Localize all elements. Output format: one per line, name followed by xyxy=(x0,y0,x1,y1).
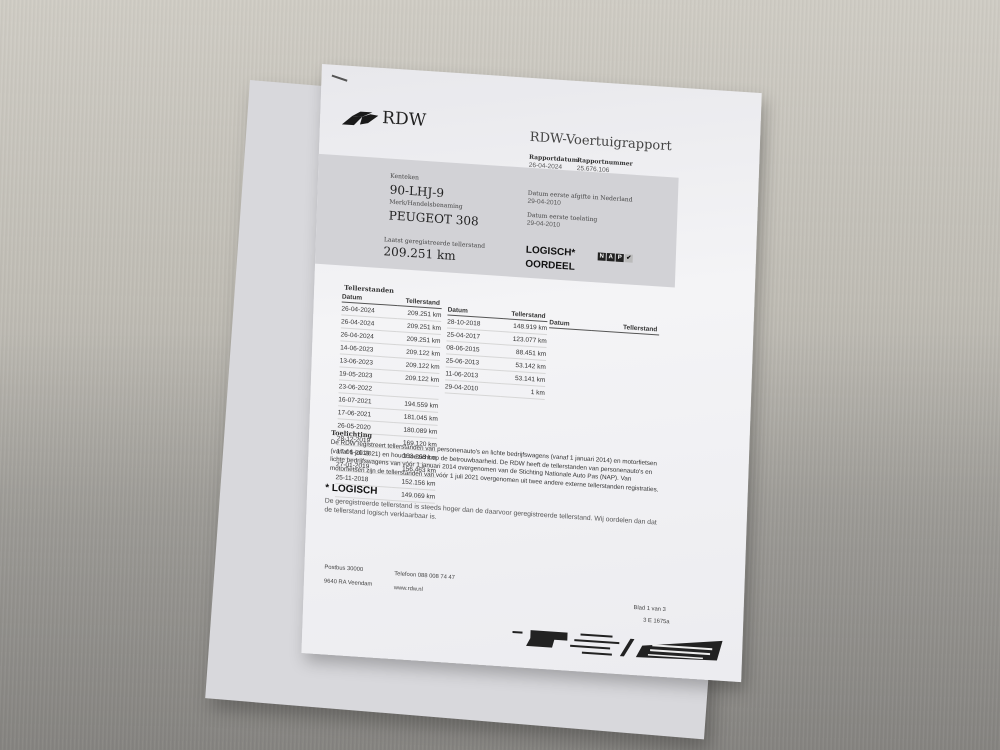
eerste-afgifte: 29-04-2010 xyxy=(527,198,560,207)
check-icon: ✔ xyxy=(625,254,633,263)
logo-text: RDW xyxy=(382,108,427,131)
nap-letter: N xyxy=(598,252,606,261)
staple xyxy=(332,75,348,82)
footer-postbus: Postbus 30000 xyxy=(324,564,363,573)
tellerstanden-table-2: Datum Tellerstand 28-10-2018148.919 km25… xyxy=(445,306,548,399)
row-datum: 29-04-2010 xyxy=(445,380,501,397)
document-code: 3 E 1675a xyxy=(643,618,670,626)
page-number: Blad 1 van 3 xyxy=(633,605,665,613)
vehicle-summary: Kenteken 90-LHJ-9 Merk/Handelsbenaming P… xyxy=(315,154,679,288)
footer-telefoon: Telefoon 088 008 74 47 xyxy=(394,571,455,581)
logisch-text: De geregistreerde tellerstand is steeds … xyxy=(324,496,664,537)
col-tellerstand: Tellerstand xyxy=(591,322,659,335)
nap-letter: P xyxy=(616,254,624,263)
logisch-title: * LOGISCH xyxy=(325,482,378,496)
tellerstanden-table-3: Datum Tellerstand xyxy=(549,319,659,335)
kenteken: 90-LHJ-9 xyxy=(389,183,444,201)
col-datum: Datum xyxy=(549,319,591,330)
rdw-vehicle-report: RDW RDW-Voertuigrapport Rapportdatum 26-… xyxy=(301,64,761,682)
merk: PEUGEOT 308 xyxy=(389,209,479,229)
kenteken-label: Kenteken xyxy=(390,173,419,182)
rdw-stripes-icon xyxy=(512,625,733,670)
footer-website[interactable]: www.rdw.nl xyxy=(394,585,423,593)
eerste-toelating: 29-04-2010 xyxy=(527,220,560,229)
row-tellerstand: 1 km xyxy=(501,384,545,400)
nap-letter: A xyxy=(607,253,615,262)
rdw-logo-icon xyxy=(342,109,381,127)
footer-city: 9640 RA Veendam xyxy=(324,578,373,587)
report-title: RDW-Voertuigrapport xyxy=(530,130,672,154)
oordeel: LOGISCH* OORDEEL xyxy=(525,244,575,275)
